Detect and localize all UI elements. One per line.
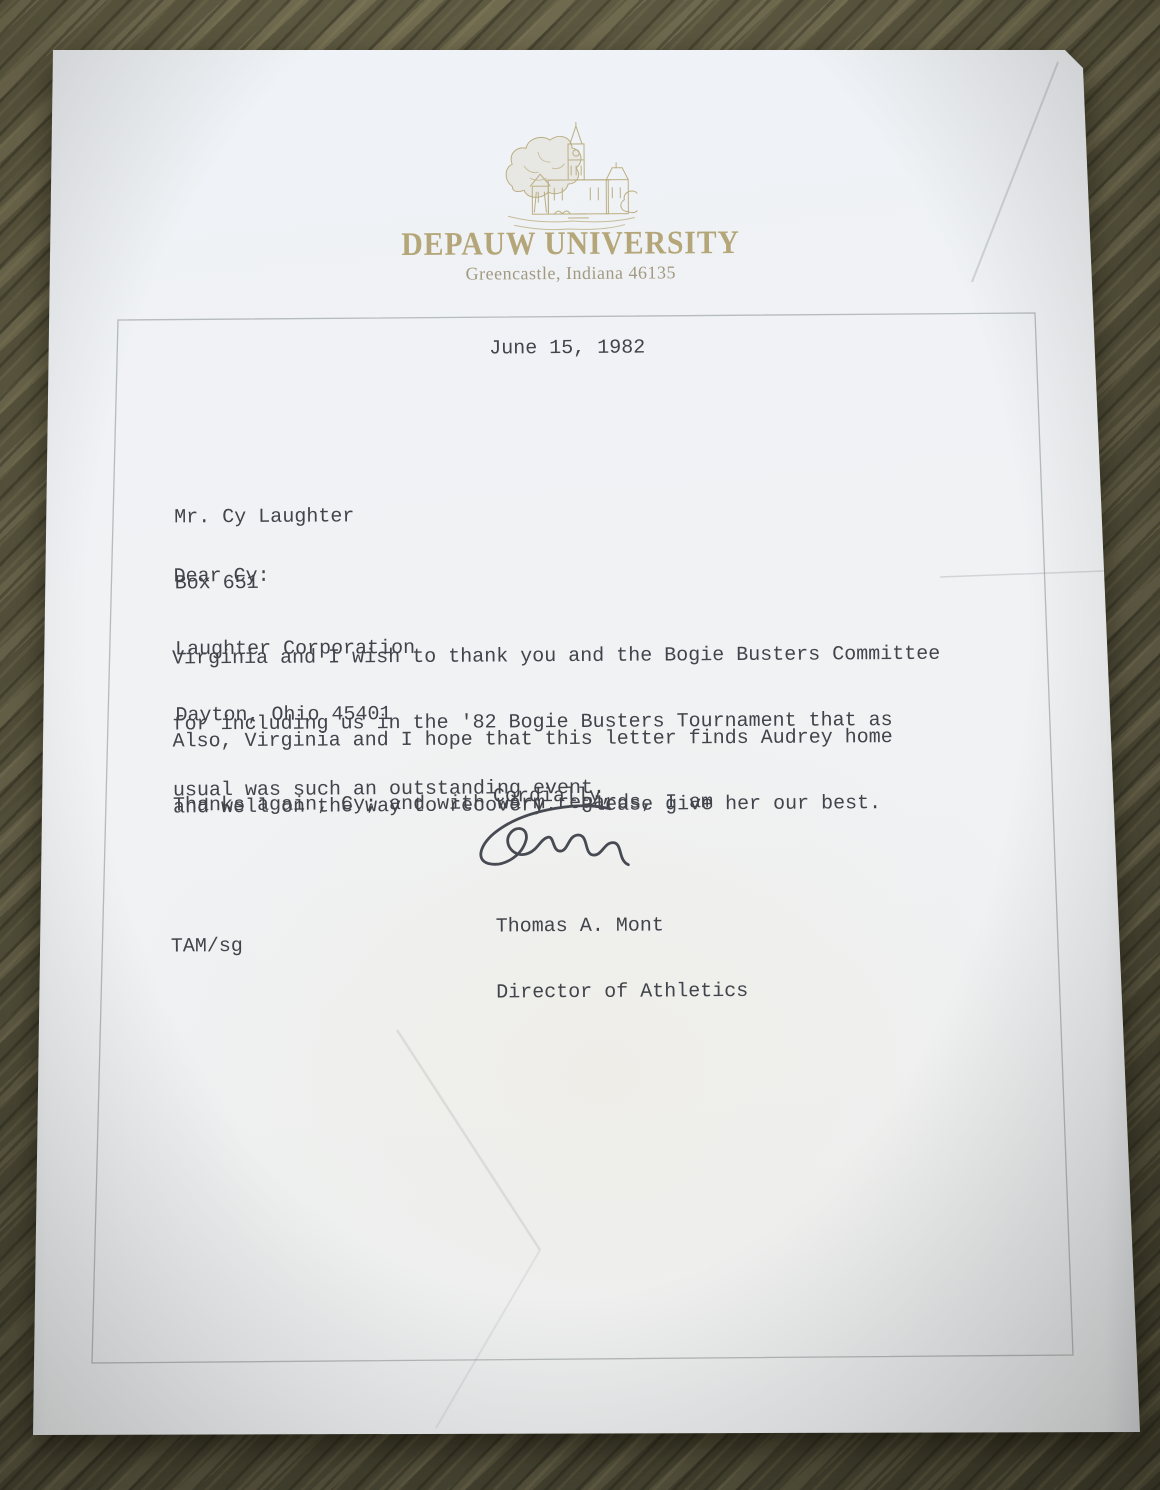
letter-date: June 15, 1982 <box>489 338 645 361</box>
signer-title: Director of Athletics <box>496 981 748 1005</box>
east-college-building-icon <box>502 122 638 235</box>
photo-of-letter-on-wood-table: DEPAUW UNIVERSITY Greencastle, Indiana 4… <box>0 0 1160 1490</box>
signature-block: Thomas A. Mont Director of Athletics <box>495 871 748 1049</box>
handwritten-signature <box>470 803 640 874</box>
body-line: Virginia and I wish to thank you and the… <box>172 644 940 671</box>
salutation: Dear Cy: <box>174 566 270 589</box>
letterhead-university-name: DEPAUW UNIVERSITY <box>346 227 796 263</box>
letter-content: DEPAUW UNIVERSITY Greencastle, Indiana 4… <box>0 0 1160 1490</box>
recipient-line: Mr. Cy Laughter <box>174 506 414 529</box>
letterhead-location: Greencastle, Indiana 46135 <box>321 261 821 284</box>
typist-initials: TAM/sg <box>171 936 243 958</box>
signer-name: Thomas A. Mont <box>496 915 748 939</box>
